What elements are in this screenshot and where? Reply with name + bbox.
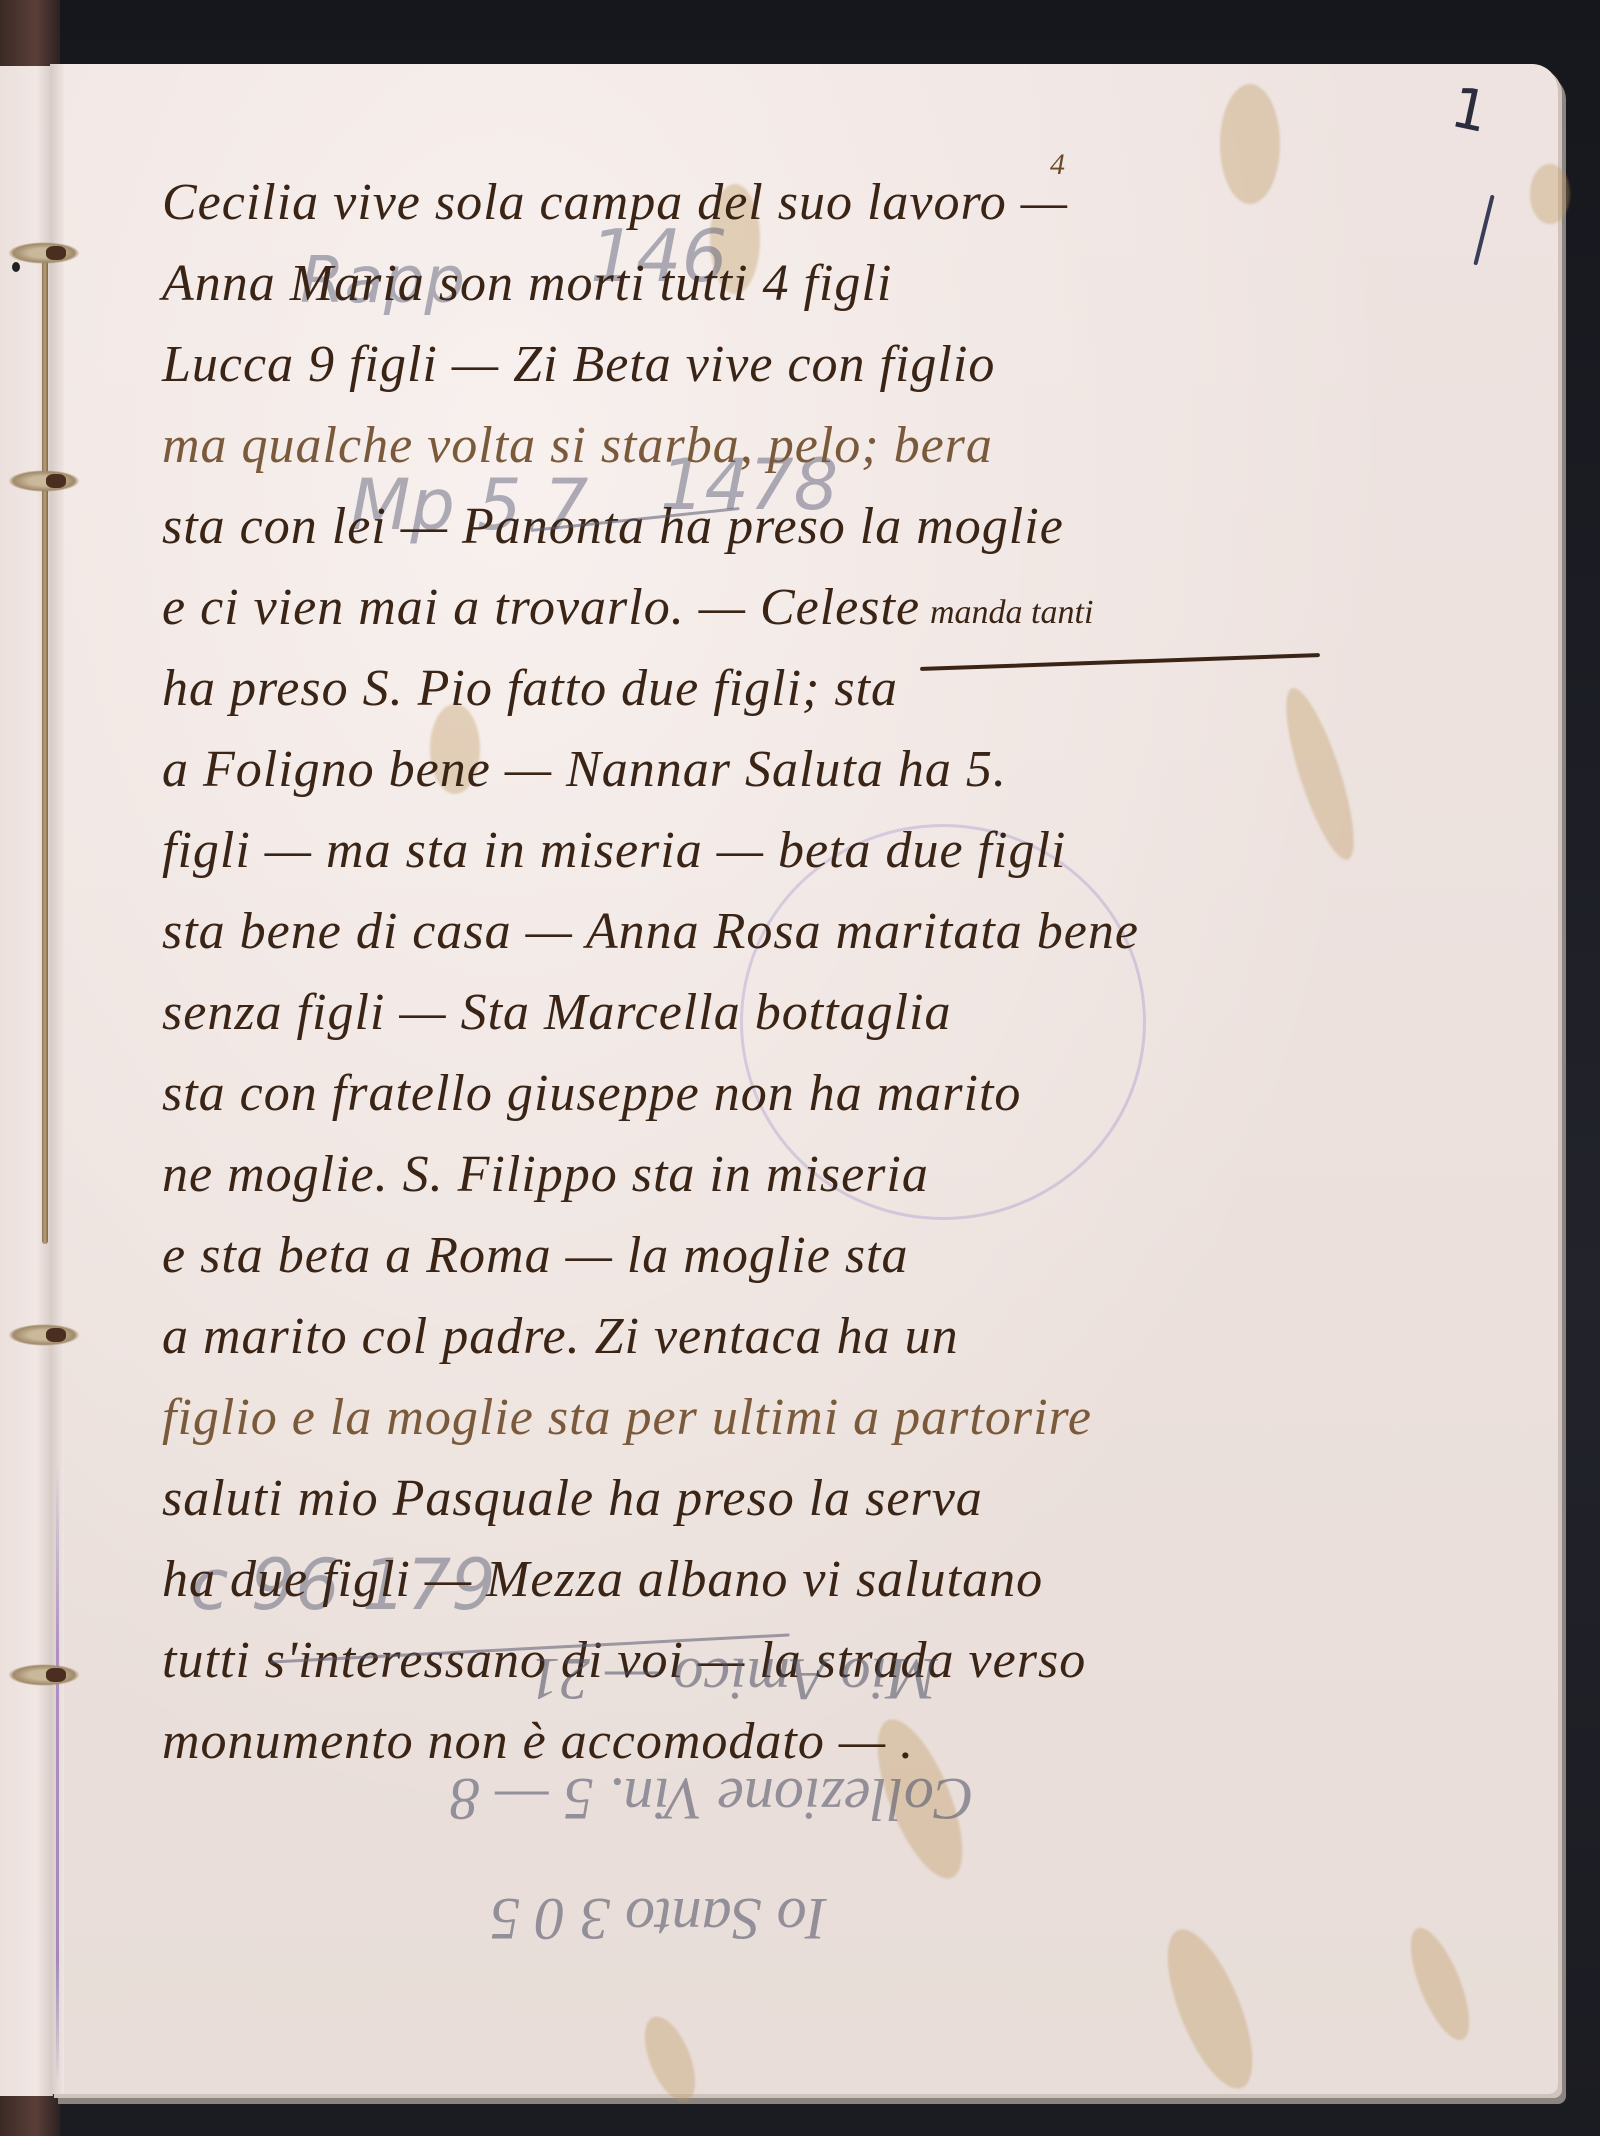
text-line: figlio e la moglie sta per ultimi a part… (162, 1377, 1542, 1458)
text-line: a Foligno bene — Nannar Saluta ha 5. (162, 729, 1542, 810)
page-number: 1 (1446, 75, 1494, 146)
text-line: senza figli — Sta Marcella bottaglia (162, 972, 1542, 1053)
binding-stitch (8, 470, 80, 492)
stitch-knot (46, 1328, 66, 1342)
upside-down-pencil-note: Io Santo 3 0 5 (490, 1884, 827, 1953)
text-line: e ci vien mai a trovarlo. — Celeste (162, 567, 1542, 648)
water-stain (1399, 1921, 1481, 2047)
text-line: sta con lei — Panonta ha preso la moglie (162, 486, 1542, 567)
text-line: Cecilia vive sola campa del suo lavoro — (162, 162, 1542, 243)
text-line: saluti mio Pasquale ha preso la serva (162, 1458, 1542, 1539)
binding-thread (42, 244, 48, 1244)
upside-down-pencil-note: Mio Amico — 21 (530, 1644, 937, 1713)
notebook-page: Rapp 146 Mp 5.7 1478 c 96 179 1 Cecilia … (50, 64, 1558, 2094)
interlinear-insertion: 4 (1050, 148, 1065, 182)
interlinear-insertion: manda tanti (930, 594, 1093, 632)
water-stain (1150, 1919, 1269, 2099)
text-line: ma qualche volta si starba, pelo; bera (162, 405, 1542, 486)
upside-down-pencil-note: Collezione Vin. 5 — 8 (450, 1764, 974, 1833)
stitch-knot (46, 1668, 66, 1682)
text-line: Lucca 9 figli — Zi Beta vive con figlio (162, 324, 1542, 405)
binding-stitch (8, 1324, 80, 1346)
text-line: sta bene di casa — Anna Rosa maritata be… (162, 891, 1542, 972)
text-line: sta con fratello giuseppe non ha marito (162, 1053, 1542, 1134)
binding-stitch (8, 1664, 80, 1686)
stitch-knot (46, 474, 66, 488)
text-line: ha due figli — Mezza albano vi salutano (162, 1539, 1542, 1620)
text-line: Anna Maria son morti tutti 4 figli (162, 243, 1542, 324)
handwritten-text: Cecilia vive sola campa del suo lavoro —… (162, 162, 1542, 1782)
water-stain (635, 2010, 706, 2108)
stitch-knot (46, 246, 66, 260)
text-line: figli — ma sta in miseria — beta due fig… (162, 810, 1542, 891)
purple-stain-edge (56, 1464, 59, 2084)
text-line: e sta beta a Roma — la moglie sta (162, 1215, 1542, 1296)
text-line: ne moglie. S. Filippo sta in miseria (162, 1134, 1542, 1215)
binding-stitch (8, 242, 80, 264)
text-line: a marito col padre. Zi ventaca ha un (162, 1296, 1542, 1377)
text-line: ha preso S. Pio fatto due figli; sta (162, 648, 1542, 729)
